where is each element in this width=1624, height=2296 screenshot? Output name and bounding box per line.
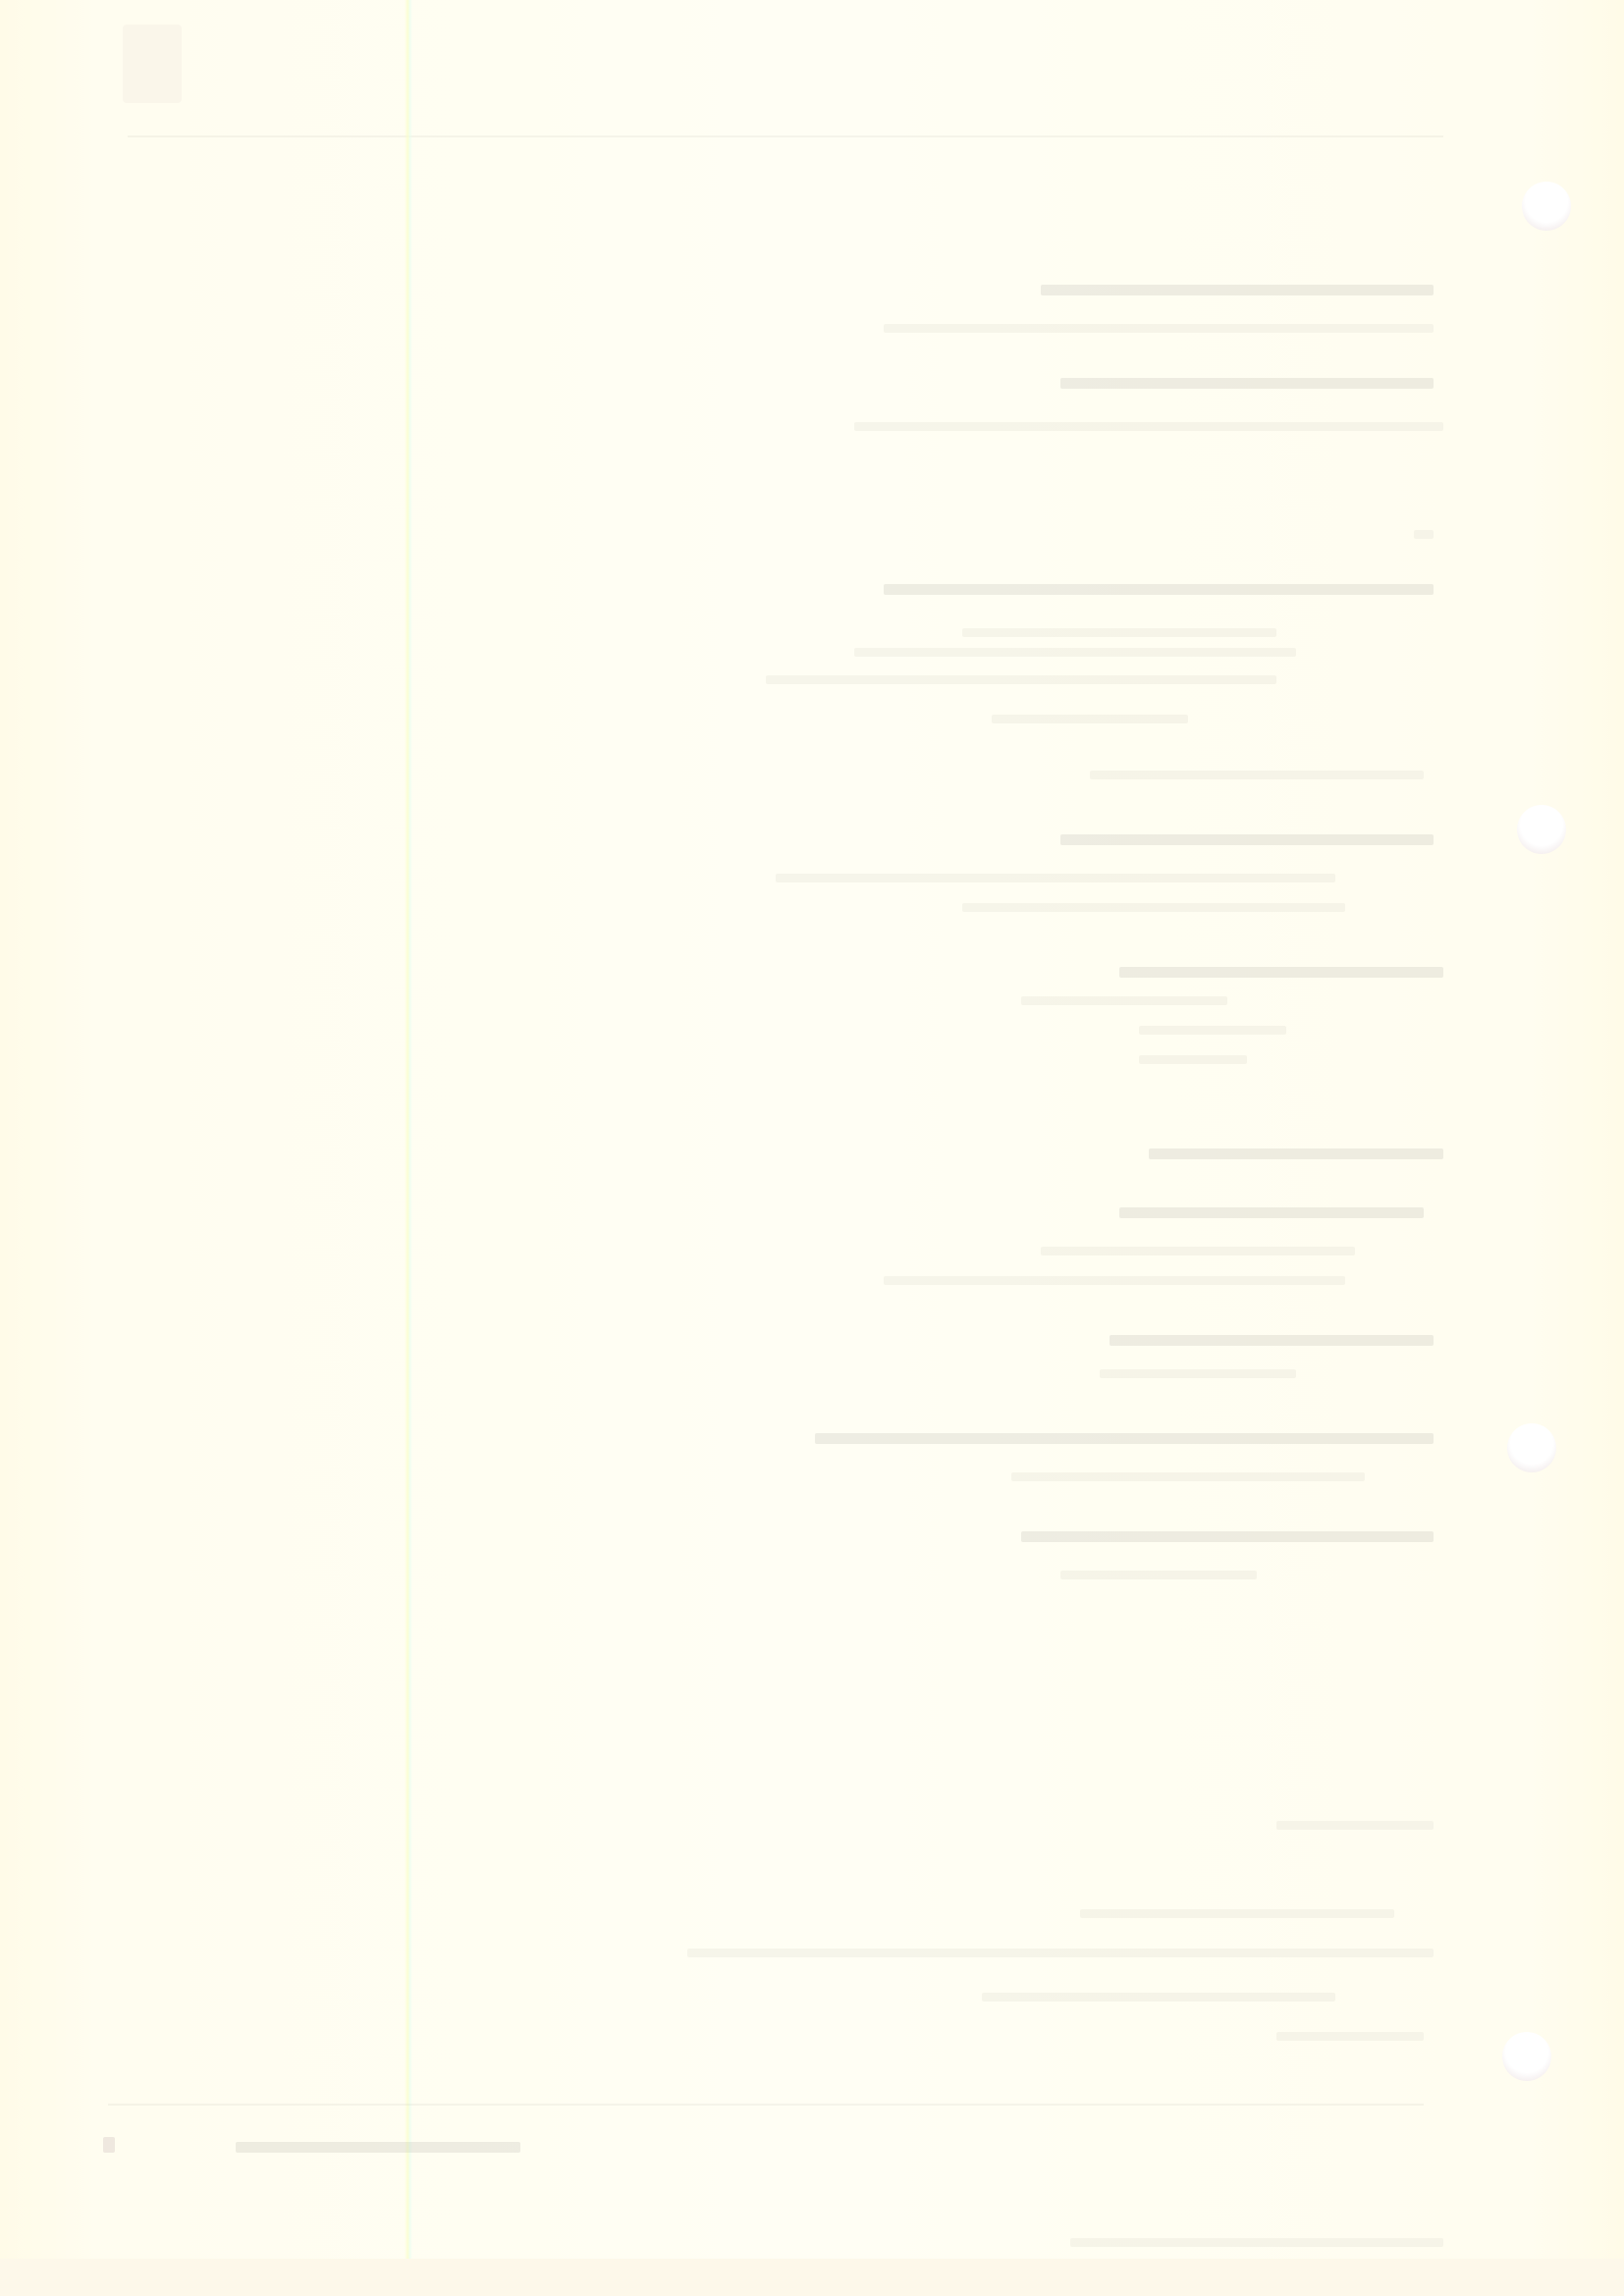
bleed-line (1110, 1335, 1434, 1346)
bleed-line (854, 648, 1296, 657)
bleed-line (1119, 1207, 1424, 1218)
bleed-line (1276, 2032, 1424, 2041)
bleed-line (1060, 834, 1434, 845)
punch-hole (1517, 805, 1566, 854)
bleed-line (1139, 1055, 1247, 1064)
bleed-line (1080, 1909, 1394, 1918)
footer-rule (108, 2104, 1424, 2106)
scanner-streak (405, 0, 412, 2296)
logo-bleed-through (123, 25, 182, 103)
bleed-line (1070, 2238, 1443, 2247)
bleed-line (1060, 378, 1434, 389)
bleed-line (1149, 1148, 1443, 1159)
bleed-line (1414, 530, 1434, 539)
bleed-line (982, 1993, 1335, 2002)
scanned-page (0, 0, 1624, 2296)
bleed-line (1021, 1531, 1434, 1542)
bleed-line (1060, 1571, 1257, 1579)
scan-bottom-strip (0, 2259, 1624, 2296)
bleed-line (1100, 1369, 1296, 1378)
bleed-line (1276, 1821, 1434, 1830)
bleed-line (884, 1276, 1345, 1285)
punch-hole (1522, 182, 1571, 231)
bleed-line (815, 1433, 1434, 1444)
bleed-line (1011, 1472, 1365, 1481)
footer-text-bleed (236, 2142, 520, 2153)
bleed-line (884, 584, 1434, 595)
bleed-line (962, 903, 1345, 912)
bleed-line (766, 675, 1276, 684)
bleed-line (1119, 967, 1443, 978)
bleed-line (687, 1949, 1434, 1957)
bleed-line (1041, 1247, 1355, 1255)
bleed-line (1139, 1026, 1286, 1035)
bleed-line (854, 422, 1443, 431)
punch-hole (1502, 2032, 1551, 2081)
punch-hole (1507, 1423, 1556, 1472)
bleed-line (884, 324, 1434, 333)
header-rule (128, 135, 1443, 137)
bleed-line (962, 628, 1276, 637)
footer-page-number-bleed (103, 2137, 115, 2153)
bleed-line (1090, 771, 1424, 779)
bleed-line (1021, 996, 1227, 1005)
bleed-line (776, 874, 1335, 882)
bleed-line (992, 715, 1188, 723)
bleed-line (1041, 285, 1434, 295)
